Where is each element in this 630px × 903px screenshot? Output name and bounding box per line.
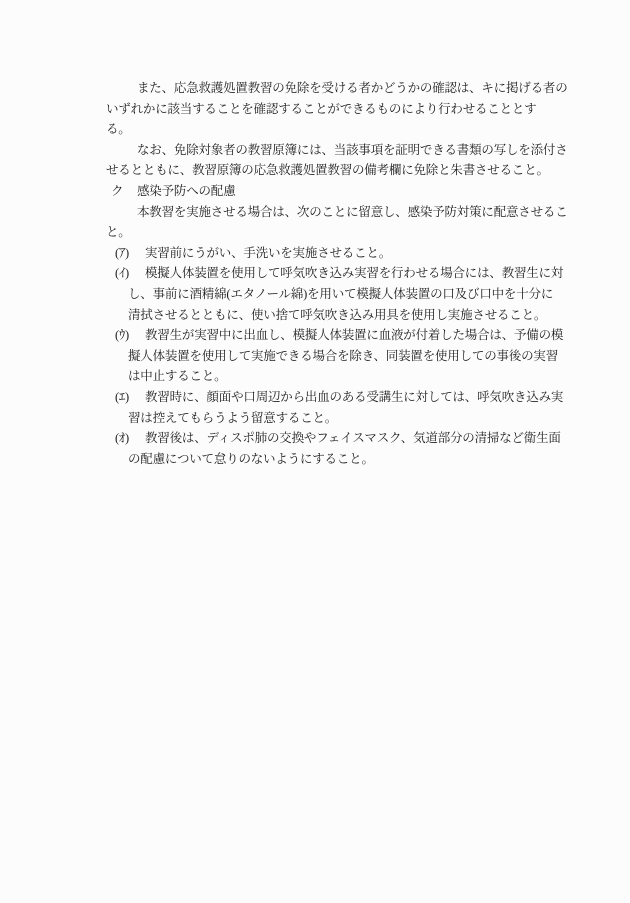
text-line: (ｴ)教習時に、顔面や口周辺から出血のある受講生に対しては、呼気吹き込み実 (0, 387, 630, 408)
text-line: の配慮について怠りのないようにすること。 (0, 449, 630, 470)
text-line: し、事前に酒精綿(エタノール綿)を用いて模擬人体装置の口及び口中を十分に (0, 284, 630, 305)
item-marker: (ｴ) (115, 387, 145, 408)
line-text: 教習後は、ディスポ肺の交換やフェイスマスク、気道部分の清掃など衛生面 (145, 431, 561, 445)
text-line: は中止すること。 (0, 366, 630, 387)
text-line: る。 (0, 119, 630, 140)
document-text-block: また、応急救護処置教習の免除を受ける者かどうかの確認は、キに掲げる者のいずれかに… (0, 0, 630, 469)
text-line: せるとともに、教習原簿の応急救護処置教習の備考欄に免除と朱書させること。 (0, 160, 630, 181)
line-text: 教習生が実習中に出血し、模擬人体装置に血液が付着した場合は、予備の模 (145, 328, 563, 342)
line-text: いずれかに該当することを確認することができるものにより行わせることとす (106, 102, 537, 116)
text-line: と。 (0, 222, 630, 243)
text-line: 習は控えてもらうよう留意すること。 (0, 408, 630, 429)
item-marker: (ｳ) (115, 325, 145, 346)
text-line: 本教習を実施させる場合は、次のことに留意し、感染予防対策に配意させるこ (0, 202, 630, 223)
item-marker: (ｵ) (115, 428, 145, 449)
text-line: (ｳ)教習生が実習中に出血し、模擬人体装置に血液が付着した場合は、予備の模 (0, 325, 630, 346)
line-text: また、応急救護処置教習の免除を受ける者かどうかの確認は、キに掲げる者の (137, 81, 568, 95)
line-text: る。 (106, 122, 131, 136)
line-text: せるとともに、教習原簿の応急救護処置教習の備考欄に免除と朱書させること。 (106, 163, 549, 177)
text-line: 清拭させるとともに、使い捨て呼気吹き込み用具を使用し実施させること。 (0, 305, 630, 326)
line-text: と。 (106, 225, 131, 239)
item-marker: ク (111, 181, 137, 202)
line-text: 習は控えてもらうよう留意すること。 (128, 411, 337, 425)
line-text: 感染予防への配慮 (137, 184, 235, 198)
item-marker: (ｲ) (115, 263, 145, 284)
text-line: いずれかに該当することを確認することができるものにより行わせることとす (0, 99, 630, 120)
line-text: 模擬人体装置を使用して呼気吹き込み実習を行わせる場合には、教習生に対 (145, 266, 563, 280)
line-text: なお、免除対象者の教習原簿には、当該事項を証明できる書類の写しを添付さ (137, 143, 568, 157)
document-page: また、応急救護処置教習の免除を受ける者かどうかの確認は、キに掲げる者のいずれかに… (0, 0, 630, 903)
line-text: し、事前に酒精綿(エタノール綿)を用いて模擬人体装置の口及び口中を十分に (128, 287, 553, 301)
line-text: 清拭させるとともに、使い捨て呼気吹き込み用具を使用し実施させること。 (128, 308, 546, 322)
text-line: また、応急救護処置教習の免除を受ける者かどうかの確認は、キに掲げる者の (0, 78, 630, 99)
item-marker: (ｱ) (115, 243, 145, 264)
text-line: (ｱ)実習前にうがい、手洗いを実施させること。 (0, 243, 630, 264)
text-line: (ｲ)模擬人体装置を使用して呼気吹き込み実習を行わせる場合には、教習生に対 (0, 263, 630, 284)
text-line: ク感染予防への配慮 (0, 181, 630, 202)
line-text: 教習時に、顔面や口周辺から出血のある受講生に対しては、呼気吹き込み実 (145, 390, 563, 404)
line-text: 実習前にうがい、手洗いを実施させること。 (145, 246, 391, 260)
line-text: 擬人体装置を使用して実施できる場合を除き、同装置を使用しての事後の実習 (128, 349, 558, 363)
text-line: 擬人体装置を使用して実施できる場合を除き、同装置を使用しての事後の実習 (0, 346, 630, 367)
line-text: は中止すること。 (128, 369, 226, 383)
text-line: なお、免除対象者の教習原簿には、当該事項を証明できる書類の写しを添付さ (0, 140, 630, 161)
line-text: 本教習を実施させる場合は、次のことに留意し、感染予防対策に配意させるこ (137, 205, 568, 219)
line-text: の配慮について怠りのないようにすること。 (128, 452, 374, 466)
text-line: (ｵ)教習後は、ディスポ肺の交換やフェイスマスク、気道部分の清掃など衛生面 (0, 428, 630, 449)
